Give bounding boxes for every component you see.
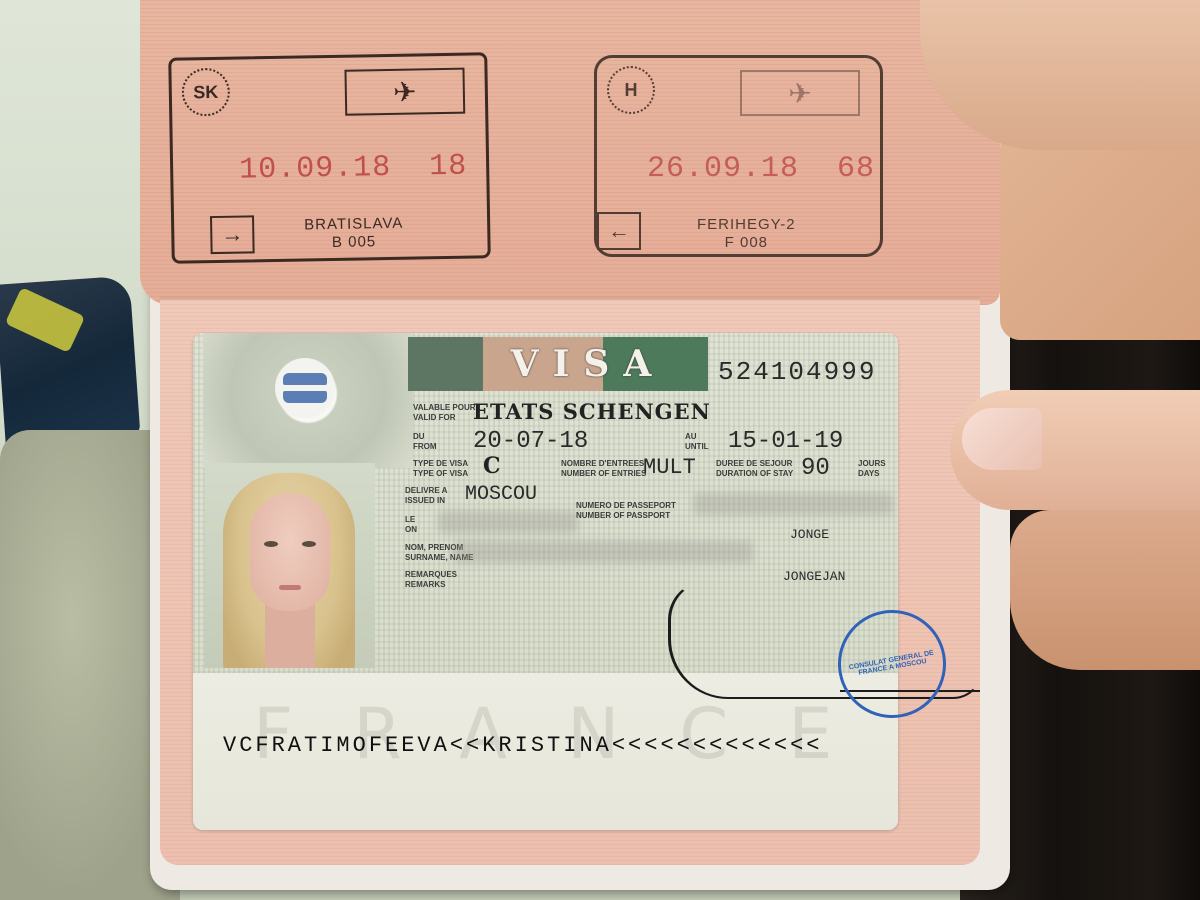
label-days: JOURS DAYS — [858, 459, 886, 479]
airplane-icon: ✈ — [344, 68, 465, 116]
value-type: C — [483, 453, 501, 479]
passport-page-top: SK ✈ 10.09.18 18 → BRATISLAVAB 005 H ✈ 2… — [140, 0, 1000, 305]
hand-finger-lower — [1010, 510, 1200, 670]
stamp-date: 10.09.18 18 — [239, 150, 468, 188]
redacted-passport-number — [693, 493, 893, 515]
airplane-icon: ✈ — [740, 70, 860, 116]
holder-photo — [205, 463, 375, 668]
value-until: 15-01-19 — [728, 428, 843, 455]
country-code: H — [607, 66, 655, 114]
label-remarks: REMARQUES REMARKS — [405, 570, 457, 590]
entry-stamp-slovakia: SK ✈ 10.09.18 18 → BRATISLAVAB 005 — [168, 52, 491, 264]
label-passport-number: NUMERO DE PASSEPORT NUMBER OF PASSPORT — [576, 501, 676, 521]
visa-banner: VISA — [408, 337, 708, 391]
signatory-line-1: JONGE — [790, 527, 829, 542]
label-on: LE ON — [405, 515, 417, 535]
stamp-date: 26.09.18 68 — [647, 152, 875, 186]
arrow-right-icon: → — [210, 215, 255, 254]
value-valid-for: ETATS SCHENGEN — [473, 399, 711, 424]
value-duration: 90 — [801, 455, 830, 482]
thumbnail — [962, 408, 1042, 470]
exit-stamp-hungary: H ✈ 26.09.18 68 ← FERIHEGY-2F 008 — [594, 55, 883, 257]
redacted-name — [453, 541, 753, 563]
stamp-place: FERIHEGY-2F 008 — [697, 216, 796, 252]
label-issued-in: DELIVRE A ISSUED IN — [405, 486, 447, 506]
label-until: AU UNTIL — [685, 432, 709, 452]
value-issued-in: MOSCOU — [465, 483, 537, 506]
visa-number: 524104999 — [718, 357, 876, 387]
label-valid-for: VALABLE POUR VALID FOR — [413, 403, 476, 423]
value-from: 20-07-18 — [473, 428, 588, 455]
country-code: SK — [181, 68, 230, 117]
label-entries: NOMBRE D'ENTREES NUMBER OF ENTRIES — [561, 459, 646, 479]
arrow-left-icon: ← — [597, 212, 641, 250]
photo-neck — [265, 603, 315, 668]
stamp-place: BRATISLAVAB 005 — [304, 215, 404, 253]
label-type: TYPE DE VISA TYPE OF VISA — [413, 459, 468, 479]
redacted-issue-date — [438, 511, 578, 533]
label-from: DU FROM — [413, 432, 437, 452]
photo-face — [250, 493, 330, 611]
machine-readable-zone: VCFRATIMOFEEVA<<KRISTINA<<<<<<<<<<<<< — [223, 733, 822, 758]
value-entries: MULT — [643, 455, 696, 480]
label-duration: DUREE DE SEJOUR DURATION OF STAY — [716, 459, 793, 479]
eu-hologram-icon — [275, 358, 335, 418]
